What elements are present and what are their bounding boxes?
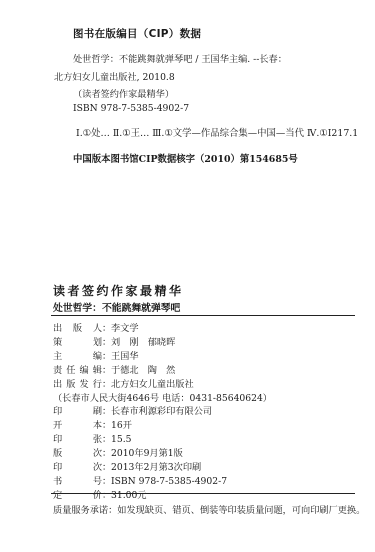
colophon-label-char: 印 <box>53 461 62 475</box>
colophon-value: 于德北 陶 然 <box>111 364 175 378</box>
colophon-value: 北方妇女儿童出版社 <box>111 378 194 392</box>
colophon-label-char: 开 <box>53 419 62 433</box>
colophon-label-char: 出 <box>53 322 62 336</box>
divider-bottom <box>51 493 355 494</box>
colophon-label-char: 划 <box>93 336 102 350</box>
colophon-label: 出版人 <box>53 322 102 336</box>
colophon-colon: ： <box>102 419 111 433</box>
cip-classification: Ⅰ.①处… Ⅱ.①王… Ⅲ.①文学—作品综合集—中国—当代 Ⅳ.①I217.1 <box>76 125 358 139</box>
divider-top <box>51 315 355 316</box>
colophon-label-char: 发 <box>80 378 89 392</box>
colophon-label-char: 版 <box>53 447 62 461</box>
colophon-label-char: 次 <box>93 447 102 461</box>
colophon-label: 开本 <box>53 419 102 433</box>
colophon-value: 31.00元 <box>111 489 147 503</box>
cip-line-series: （读者签约作家最精华） <box>73 86 174 100</box>
colophon-label: 印刷 <box>53 405 102 419</box>
colophon-label-char: 编 <box>80 364 89 378</box>
colophon-label-char: 策 <box>53 336 62 350</box>
colophon-label: 主编 <box>53 350 102 364</box>
colophon-row: 出版发行：北方妇女儿童出版社 <box>53 378 272 392</box>
colophon-colon: ： <box>102 433 111 447</box>
colophon-colon: ： <box>102 405 111 419</box>
book-title: 处世哲学：不能跳舞就弹琴吧 <box>53 300 180 314</box>
colophon-row: （长春市人民大街4646号 电话：0431-85640624） <box>53 392 272 406</box>
colophon-value: 李文学 <box>111 322 139 336</box>
cip-line-title: 处世哲学：不能跳舞就弹琴吧 / 王国华主编. --长春： <box>73 51 287 65</box>
colophon-row: 版次：2010年9月第1版 <box>53 447 272 461</box>
colophon-value: 2010年9月第1版 <box>111 447 183 461</box>
colophon-row: 开本：16开 <box>53 419 272 433</box>
colophon-value: 2013年2月第3次印刷 <box>111 461 201 475</box>
colophon-label-char: 版 <box>73 322 82 336</box>
colophon-label: 出版发行 <box>53 378 102 392</box>
series-title: 读者签约作家最精华 <box>53 282 184 299</box>
colophon-colon: ： <box>102 364 111 378</box>
colophon-row: 策划：刘 刚 郁晓晖 <box>53 336 272 350</box>
colophon-row: 主编：王国华 <box>53 350 272 364</box>
colophon-label-char: 责 <box>53 364 62 378</box>
colophon-label-char: 价 <box>93 489 102 503</box>
colophon-label-char: 印 <box>53 405 62 419</box>
colophon-colon: ： <box>102 322 111 336</box>
colophon-row: 书号：ISBN 978-7-5385-4902-7 <box>53 475 272 489</box>
colophon-label-char: 本 <box>93 419 102 433</box>
colophon-value: 刘 刚 郁晓晖 <box>111 336 175 350</box>
colophon-label-char: 人 <box>93 322 102 336</box>
colophon-label-char: 书 <box>53 475 62 489</box>
colophon-row: 印刷：长春市利源彩印有限公司 <box>53 405 272 419</box>
colophon-value: 长春市利源彩印有限公司 <box>111 405 212 419</box>
colophon-row: 定价：31.00元 <box>53 489 272 503</box>
colophon-label-char: 任 <box>66 364 75 378</box>
colophon-label: 印张 <box>53 433 102 447</box>
cip-line-publisher: 北方妇女儿童出版社, 2010.8 <box>54 69 175 83</box>
colophon-label-char: 辑 <box>93 364 102 378</box>
colophon-label-char: 刷 <box>93 405 102 419</box>
colophon-label: 版次 <box>53 447 102 461</box>
colophon-colon: ： <box>102 461 111 475</box>
colophon-label-char: 号 <box>93 475 102 489</box>
colophon-value: ISBN 978-7-5385-4902-7 <box>111 475 227 489</box>
colophon-value: 16开 <box>111 419 132 433</box>
colophon-label-char: 出 <box>53 378 62 392</box>
colophon-label-char: 定 <box>53 489 62 503</box>
colophon-label-char: 版 <box>66 378 75 392</box>
colophon: 出版人：李文学策划：刘 刚 郁晓晖主编：王国华责任编辑：于德北 陶 然出版发行：… <box>53 322 272 503</box>
colophon-colon: ： <box>102 336 111 350</box>
colophon-label-char: 编 <box>93 350 102 364</box>
colophon-label-char: 张 <box>93 433 102 447</box>
colophon-row: 责任编辑：于德北 陶 然 <box>53 364 272 378</box>
colophon-colon: ： <box>102 350 111 364</box>
cip-title: 图书在版编目（CIP）数据 <box>73 26 201 41</box>
colophon-colon: ： <box>102 447 111 461</box>
cip-line-isbn: ISBN 978-7-5385-4902-7 <box>73 103 189 114</box>
colophon-value: 王国华 <box>111 350 139 364</box>
colophon-value: 15.5 <box>111 433 131 447</box>
colophon-colon: ： <box>102 489 111 503</box>
colophon-colon: ： <box>102 378 111 392</box>
colophon-label-char: 次 <box>93 461 102 475</box>
quality-service-note: 质量服务承诺：如发现缺页、错页、倒装等印装质量问题，可向印刷厂更换。 <box>53 502 365 516</box>
colophon-row: 印次：2013年2月第3次印刷 <box>53 461 272 475</box>
colophon-label: 责任编辑 <box>53 364 102 378</box>
colophon-label: 策划 <box>53 336 102 350</box>
colophon-label: 印次 <box>53 461 102 475</box>
colophon-row: 出版人：李文学 <box>53 322 272 336</box>
colophon-label-char: 行 <box>93 378 102 392</box>
colophon-label: 定价 <box>53 489 102 503</box>
colophon-label-char: 主 <box>53 350 62 364</box>
colophon-label-char: 印 <box>53 433 62 447</box>
cip-verification-number: 中国版本图书馆CIP数据核字（2010）第154685号 <box>73 151 298 165</box>
colophon-label: 书号 <box>53 475 102 489</box>
colophon-address: （长春市人民大街4646号 电话：0431-85640624） <box>53 392 272 406</box>
colophon-row: 印张：15.5 <box>53 433 272 447</box>
colophon-colon: ： <box>102 475 111 489</box>
